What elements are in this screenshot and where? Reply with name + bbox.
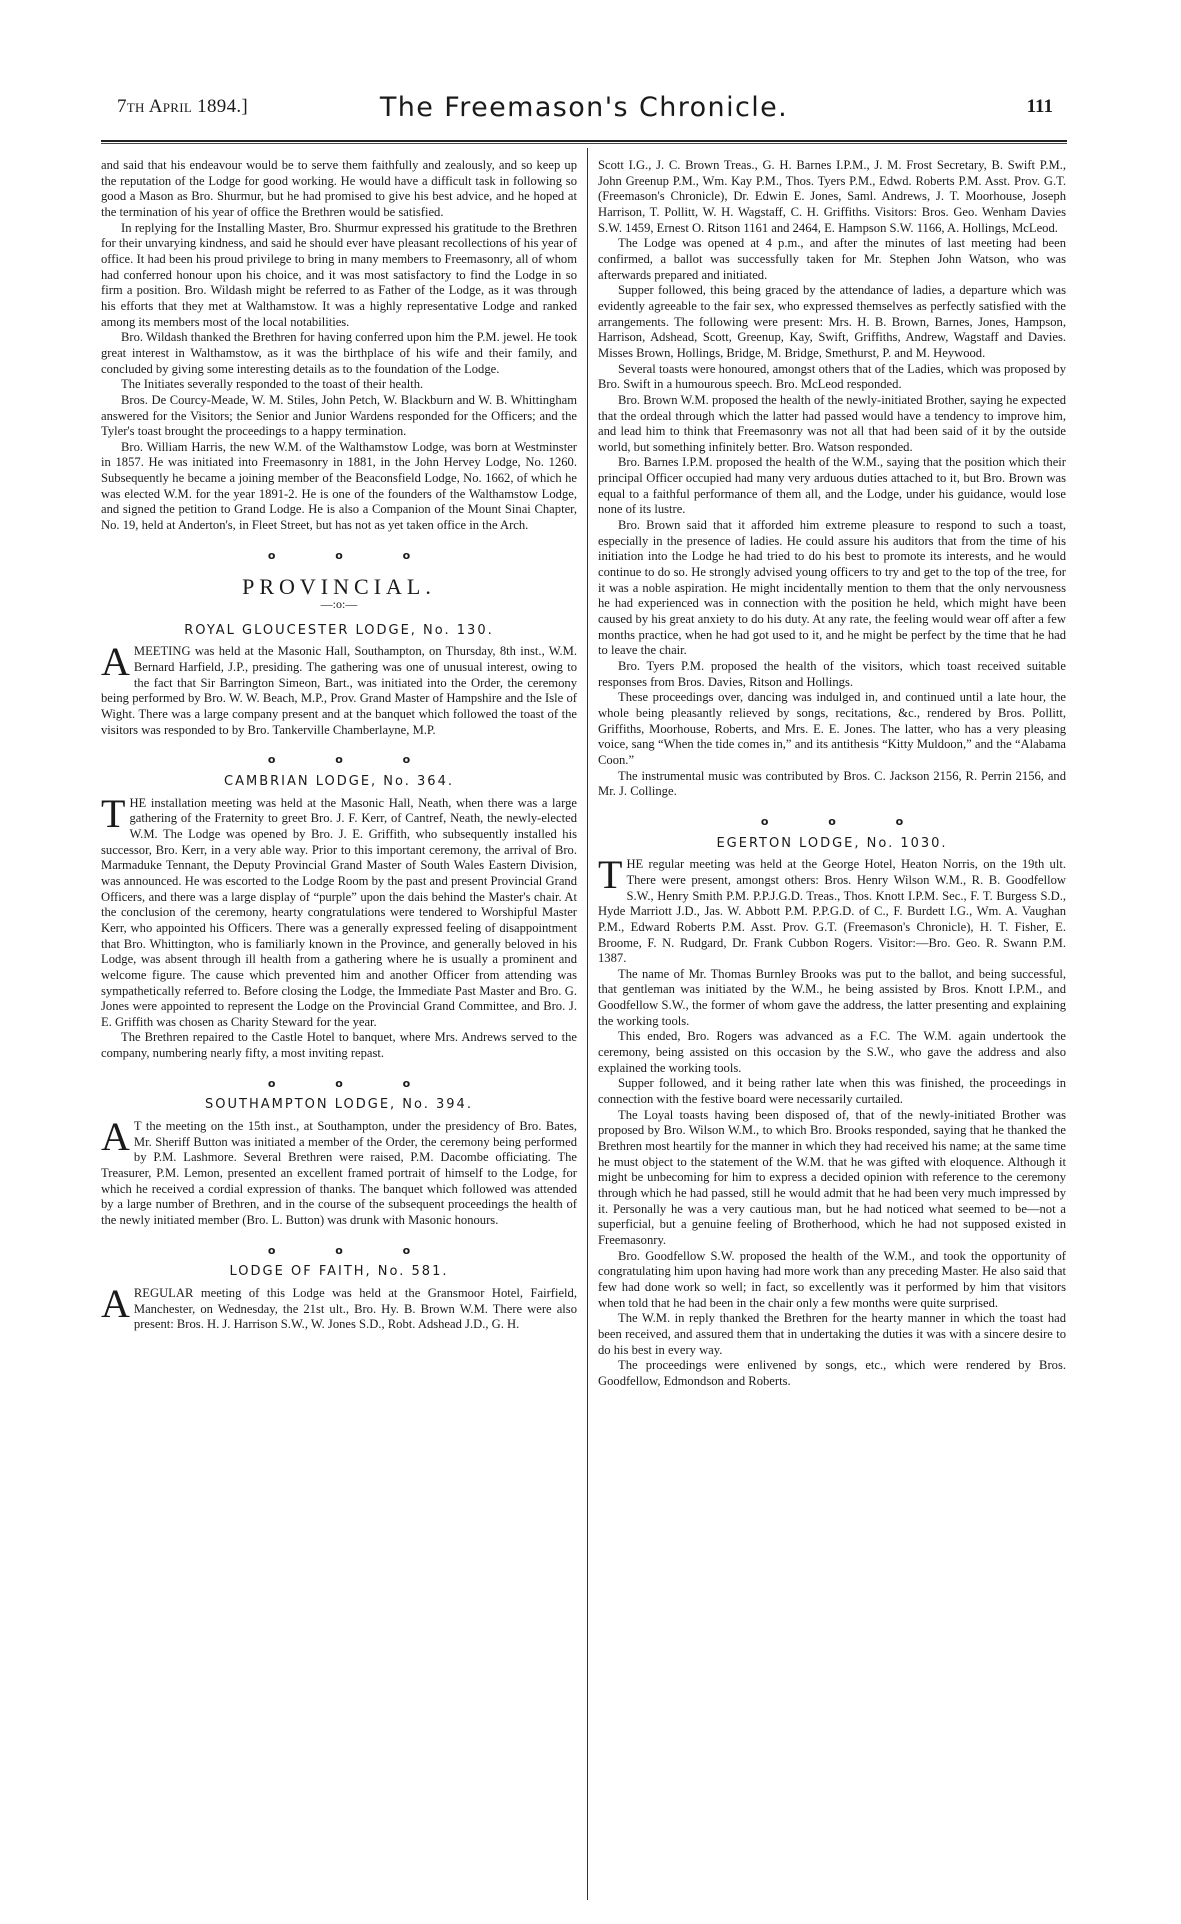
paragraph: REGULAR meeting of this Lodge was held a… [134, 1286, 577, 1331]
drop-cap: A [101, 1288, 130, 1320]
paragraph: HE installation meeting was held at the … [101, 796, 577, 1029]
heading-egerton: EGERTON LODGE, No. 1030. [598, 836, 1066, 852]
paragraph: HE regular meeting was held at the Georg… [598, 857, 1066, 965]
section-ornament: o o o [598, 814, 1066, 830]
paragraph: Several toasts were honoured, amongst ot… [598, 362, 1066, 393]
heading-cambrian: CAMBRIAN LODGE, No. 364. [101, 774, 577, 790]
paragraph: Bros. De Courcy-Meade, W. M. Stiles, Joh… [101, 393, 577, 440]
section-ornament: o o o [101, 1076, 577, 1092]
section-ornament: o o o [101, 752, 577, 768]
section-ornament: o o o [101, 548, 577, 564]
article-southampton: AT the meeting on the 15th inst., at Sou… [101, 1119, 577, 1229]
section-ornament: o o o [101, 1243, 577, 1259]
paragraph: Supper followed, and it being rather lat… [598, 1076, 1066, 1107]
heading-royal-gloucester: ROYAL GLOUCESTER LODGE, No. 130. [101, 623, 577, 639]
drop-cap: T [101, 798, 125, 830]
paragraph: The Brethren repaired to the Castle Hote… [101, 1030, 577, 1061]
paragraph: The Lodge was opened at 4 p.m., and afte… [598, 236, 1066, 283]
drop-cap: T [598, 859, 622, 891]
paragraph: T the meeting on the 15th inst., at Sout… [101, 1119, 577, 1227]
drop-cap: A [101, 1121, 130, 1153]
paragraph: Bro. Wildash thanked the Brethren for ha… [101, 330, 577, 377]
article-cambrian: THE installation meeting was held at the… [101, 796, 577, 1031]
paragraph: Bro. Tyers P.M. proposed the health of t… [598, 659, 1066, 690]
paragraph: Bro. Brown said that it afforded him ext… [598, 518, 1066, 659]
masthead-rule [101, 140, 1067, 144]
article-lodge-of-faith: AREGULAR meeting of this Lodge was held … [101, 1286, 577, 1333]
paragraph: Bro. Goodfellow S.W. proposed the health… [598, 1249, 1066, 1312]
masthead: 7th April 1894.] The Freemason's Chronic… [101, 92, 1067, 132]
newspaper-title: The Freemason's Chronicle. [101, 92, 1067, 123]
paragraph: The W.M. in reply thanked the Brethren f… [598, 1311, 1066, 1358]
paragraph: Scott I.G., J. C. Brown Treas., G. H. Ba… [598, 158, 1066, 236]
paragraph: The Initiates severally responded to the… [101, 377, 577, 393]
heading-lodge-of-faith: LODGE OF FAITH, No. 581. [101, 1264, 577, 1280]
paragraph: Bro. Barnes I.P.M. proposed the health o… [598, 455, 1066, 518]
left-column: and said that his endeavour would be to … [101, 158, 577, 1333]
paragraph: This ended, Bro. Rogers was advanced as … [598, 1029, 1066, 1076]
paragraph: Bro. William Harris, the new W.M. of the… [101, 440, 577, 534]
right-column: Scott I.G., J. C. Brown Treas., G. H. Ba… [598, 158, 1066, 1390]
section-title-provincial: PROVINCIAL. [101, 579, 577, 595]
paragraph: In replying for the Installing Master, B… [101, 221, 577, 331]
page-number: 111 [1027, 96, 1053, 118]
article-royal-gloucester: AMEETING was held at the Masonic Hall, S… [101, 644, 577, 738]
drop-cap: A [101, 646, 130, 678]
section-subdivider: —:o:— [101, 597, 577, 613]
paragraph: The name of Mr. Thomas Burnley Brooks wa… [598, 967, 1066, 1030]
paragraph: The Loyal toasts having been disposed of… [598, 1108, 1066, 1249]
paragraph: and said that his endeavour would be to … [101, 158, 577, 221]
paragraph: Bro. Brown W.M. proposed the health of t… [598, 393, 1066, 456]
paragraph: These proceedings over, dancing was indu… [598, 690, 1066, 768]
article-egerton: THE regular meeting was held at the Geor… [598, 857, 1066, 967]
column-divider [587, 148, 588, 1900]
paragraph: MEETING was held at the Masonic Hall, So… [101, 644, 577, 736]
paragraph: The proceedings were enlivened by songs,… [598, 1358, 1066, 1389]
paragraph: The instrumental music was contributed b… [598, 769, 1066, 800]
heading-southampton: SOUTHAMPTON LODGE, No. 394. [101, 1097, 577, 1113]
paragraph: Supper followed, this being graced by th… [598, 283, 1066, 361]
